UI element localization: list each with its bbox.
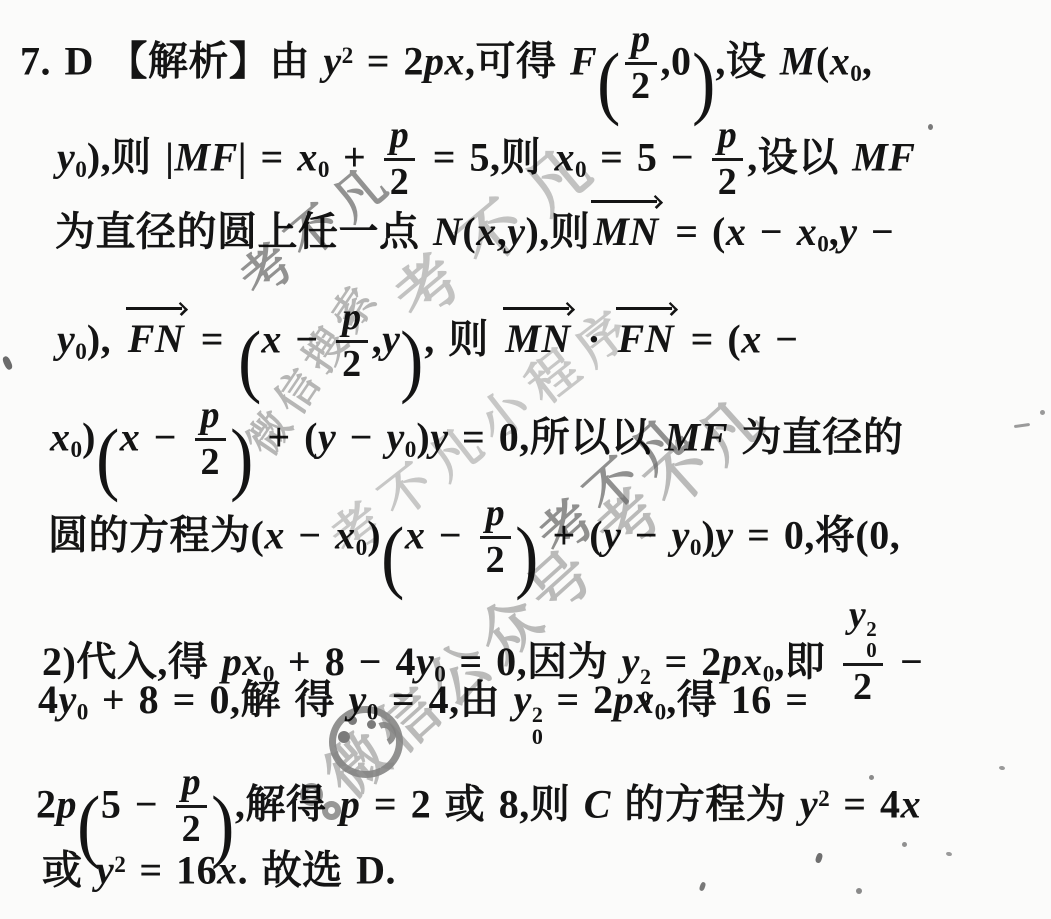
subscript: 0 xyxy=(75,157,87,183)
vector-with-arrow: MN xyxy=(590,210,661,254)
subscript: 0 xyxy=(77,699,89,725)
subscript: 0 xyxy=(817,231,829,257)
fraction: y202 xyxy=(843,596,883,707)
superscript: 2 xyxy=(342,43,354,69)
vector-arrow-icon xyxy=(591,193,661,205)
subscript: 0 xyxy=(655,699,667,725)
solution-line-1: 7. D 【解析】由 y2 = 2px,可得 F(p2,0),设 M(x0, xyxy=(20,20,872,107)
superscript: 2 xyxy=(114,852,126,878)
subscript: 0 xyxy=(356,535,368,561)
subscript: 0 xyxy=(850,61,862,87)
solution-line-6: 圆的方程为(x − x0)(x − p2) + (y − y0)y = 0,将(… xyxy=(48,494,900,581)
stacked-sub-sup: 20 xyxy=(866,619,876,661)
subscript: 0 xyxy=(318,157,330,183)
stacked-sub-sup: 20 xyxy=(532,704,543,748)
vector-arrow-icon xyxy=(616,300,678,312)
subscript: 0 xyxy=(405,437,417,463)
subscript: 0 xyxy=(690,535,702,561)
fraction: p2 xyxy=(625,20,657,107)
subscript: 0 xyxy=(71,437,83,463)
vector-with-arrow: FN xyxy=(125,317,188,361)
fraction: p2 xyxy=(336,298,368,385)
solution-line-8: 4y0 + 8 = 0,解 得 y0 = 4,由 y20 = 2px0,得 16… xyxy=(38,678,809,748)
solution-line-2: y0),则 |MF| = x0 + p2 = 5,则 x0 = 5 − p2,设… xyxy=(57,116,915,203)
fraction: p2 xyxy=(195,396,227,483)
fraction: p2 xyxy=(384,116,416,203)
solution-line-5: x0)(x − p2) + (y − y0)y = 0,所以以 MF 为直径的 xyxy=(50,396,904,483)
subscript: 0 xyxy=(367,699,379,725)
analysis-label: 【解析】 xyxy=(107,38,269,83)
fraction: p2 xyxy=(480,494,512,581)
solution-line-3: 为直径的圆上任一点 N(x,y),则MN = (x − x0,y − xyxy=(55,210,894,266)
solution-line-9: 2p(5 − p2),解得 p = 2 或 8,则 C 的方程为 y2 = 4x xyxy=(36,763,921,850)
superscript: 2 xyxy=(818,786,830,812)
fraction: p2 xyxy=(712,116,744,203)
fraction: p2 xyxy=(176,763,208,850)
vector-with-arrow: MN xyxy=(502,317,573,361)
solution-line-10: 或 y2 = 16x. 故选 D. xyxy=(42,843,396,893)
solution-line-4: y0), FN = (x − p2,y), 则 MN · FN = (x − xyxy=(57,298,799,385)
subscript: 0 xyxy=(75,339,87,365)
solution-text: 7. D 【解析】由 y2 = 2px,可得 F(p2,0),设 M(x0,y0… xyxy=(0,0,1051,919)
vector-arrow-icon xyxy=(503,300,573,312)
vector-arrow-icon xyxy=(126,300,188,312)
subscript: 0 xyxy=(575,157,587,183)
vector-with-arrow: FN xyxy=(615,317,678,361)
scanned-solution-page: 7. D 【解析】由 y2 = 2px,可得 F(p2,0),设 M(x0,y0… xyxy=(0,0,1051,919)
